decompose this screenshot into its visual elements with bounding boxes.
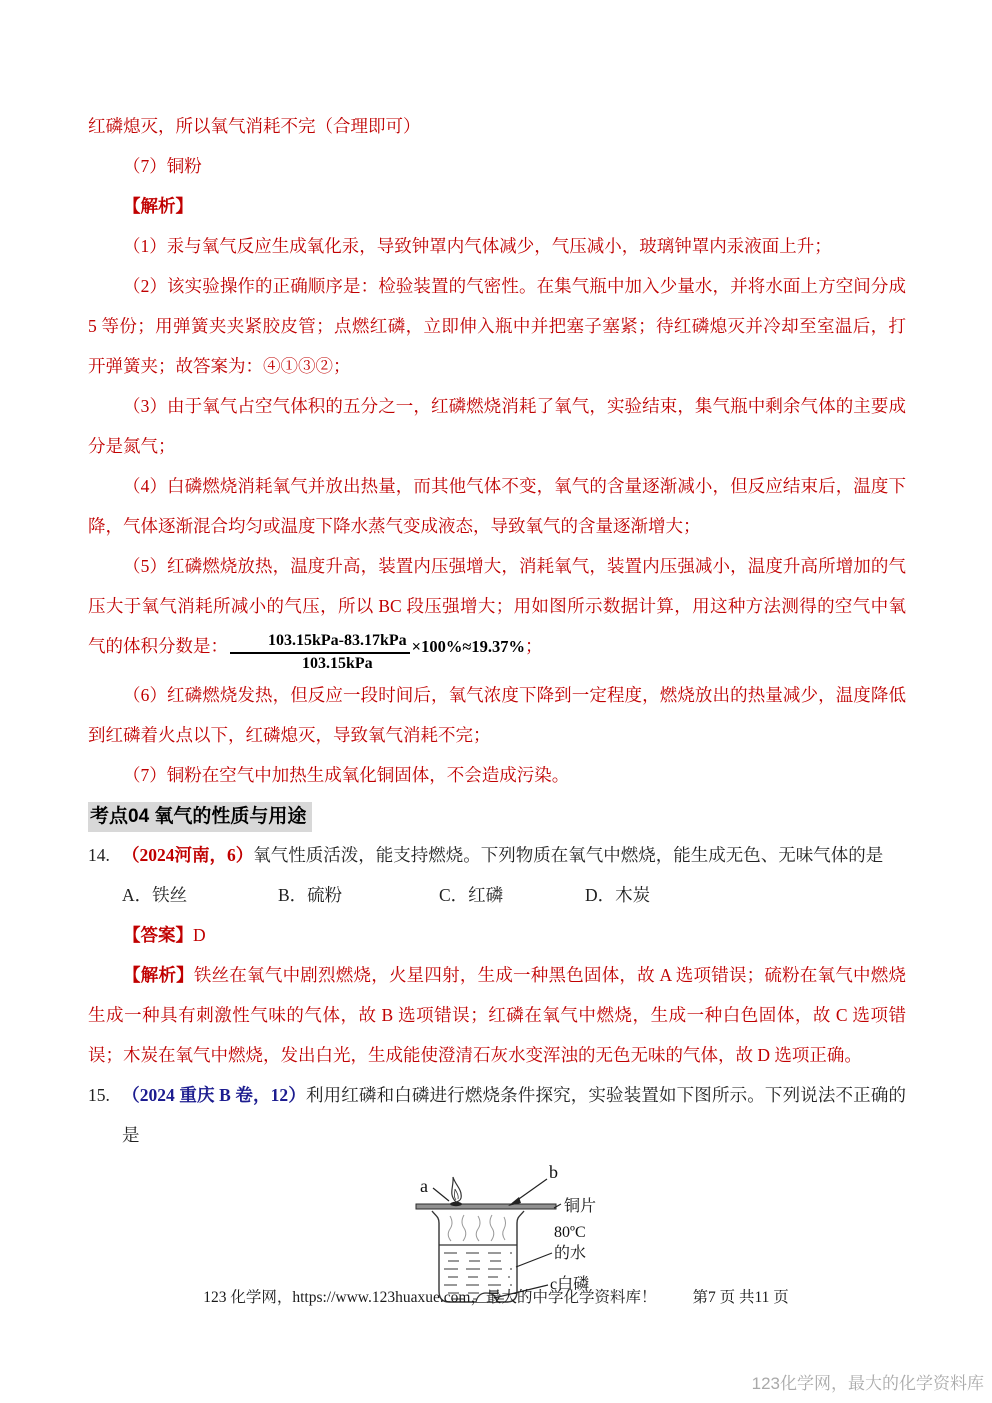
temperature-label: 80ºC xyxy=(554,1224,586,1241)
question-14-options: A．铁丝B．硫粉C．红磷D．木炭 xyxy=(88,875,906,915)
question-14-analysis-label: 【解析】 xyxy=(123,965,194,985)
analysis-carryover-line: 红磷熄灭，所以氧气消耗不完（合理即可） xyxy=(88,106,906,146)
question-15-source: （2024 重庆 B 卷，12） xyxy=(122,1085,306,1105)
fraction-numerator: 103.15kPa-83.17kPa xyxy=(230,631,410,654)
option-a: A．铁丝 xyxy=(122,875,278,915)
answer-value: D xyxy=(193,925,206,945)
analysis-point-1: （1）汞与氧气反应生成氧化汞，导致钟罩内气体减少，气压减小，玻璃钟罩内汞液面上升… xyxy=(88,226,906,266)
analysis-point-4: （4）白磷燃烧消耗氧气并放出热量，而其他气体不变，氧气的含量逐渐减小，但反应结束… xyxy=(88,466,906,546)
label-b: b xyxy=(549,1163,558,1182)
analysis-label: 【解析】 xyxy=(88,186,906,226)
question-15-number: 15. xyxy=(88,1075,122,1115)
formula-result: ×100%≈19.37% xyxy=(412,637,525,656)
question-14-answer-line: 【答案】D xyxy=(88,915,906,955)
label-b-arrow-line xyxy=(516,1179,547,1201)
question-14-stem: 14.（2024河南，6）氧气性质活泼，能支持燃烧。下列物质在氧气中燃烧，能生成… xyxy=(88,835,906,875)
pressure-fraction: 103.15kPa-83.17kPa103.15kPa xyxy=(230,631,410,675)
option-c: C．红磷 xyxy=(439,875,585,915)
topic-heading: 考点04 氧气的性质与用途 xyxy=(88,802,312,832)
option-d: D．木炭 xyxy=(585,875,650,915)
question-14-analysis: 【解析】铁丝在氧气中剧烈燃烧，火星四射，生成一种黑色固体，故 A 选项错误；硫粉… xyxy=(88,955,906,1075)
footer-site-text: 123 化学网，https://www.123huaxue.com，最大的中学化… xyxy=(203,1289,656,1306)
question-15-stem: 15.（2024 重庆 B 卷，12）利用红磷和白磷进行燃烧条件探究，实验装置如… xyxy=(88,1075,906,1155)
analysis-point-3: （3）由于氧气占空气体积的五分之一，红磷燃烧消耗了氧气，实验结束，集气瓶中剩余气… xyxy=(88,386,906,466)
page-content: 红磷熄灭，所以氧气消耗不完（合理即可） （7）铜粉 【解析】 （1）汞与氧气反应… xyxy=(88,106,906,1311)
topic-heading-row: 考点04 氧气的性质与用途 xyxy=(88,800,906,832)
water-label: 的水 xyxy=(554,1244,586,1262)
analysis-point-5-tail: ； xyxy=(525,636,543,656)
question-14-source: （2024河南，6） xyxy=(122,845,253,865)
question-14-stem-text: 氧气性质活泼，能支持燃烧。下列物质在氧气中燃烧，能生成无色、无味气体的是 xyxy=(253,845,883,865)
analysis-point-6: （6）红磷燃烧发热，但反应一段时间后，氧气浓度下降到一定程度，燃烧放出的热量减少… xyxy=(88,675,906,755)
document-page: 红磷熄灭，所以氧气消耗不完（合理即可） （7）铜粉 【解析】 （1）汞与氧气反应… xyxy=(0,0,992,1403)
steam-lines xyxy=(448,1215,505,1241)
watermark-text: 123化学网，最大的化学资料库 xyxy=(752,1369,984,1394)
answer-label: 【答案】 xyxy=(123,925,193,945)
answer-item-7-short: （7）铜粉 xyxy=(88,146,906,186)
footer-page-number: 第7 页 共11 页 xyxy=(692,1289,788,1306)
question-14-number: 14. xyxy=(88,835,122,875)
question-14-analysis-text: 铁丝在氧气中剧烈燃烧，火星四射，生成一种黑色固体，故 A 选项错误；硫粉在氧气中… xyxy=(88,965,906,1065)
fraction-denominator: 103.15kPa xyxy=(230,654,410,675)
analysis-point-7: （7）铜粉在空气中加热生成氧化铜固体，不会造成污染。 xyxy=(88,755,906,795)
label-a: a xyxy=(420,1176,428,1196)
flame-icon xyxy=(452,1177,461,1202)
page-footer: 123 化学网，https://www.123huaxue.com，最大的中学化… xyxy=(0,1286,992,1310)
copper-sheet-label: 铜片 xyxy=(564,1197,596,1215)
water-leader-line xyxy=(516,1253,552,1267)
option-b: B．硫粉 xyxy=(278,875,439,915)
analysis-point-2: （2）该实验操作的正确顺序是：检验装置的气密性。在集气瓶中加入少量水，并将水面上… xyxy=(88,266,906,386)
analysis-point-5: （5）红磷燃烧放热，温度升高，装置内压强增大，消耗氧气，装置内压强减小，温度升高… xyxy=(88,546,906,675)
label-a-leader-line xyxy=(433,1188,449,1201)
copper-sheet xyxy=(416,1204,556,1209)
